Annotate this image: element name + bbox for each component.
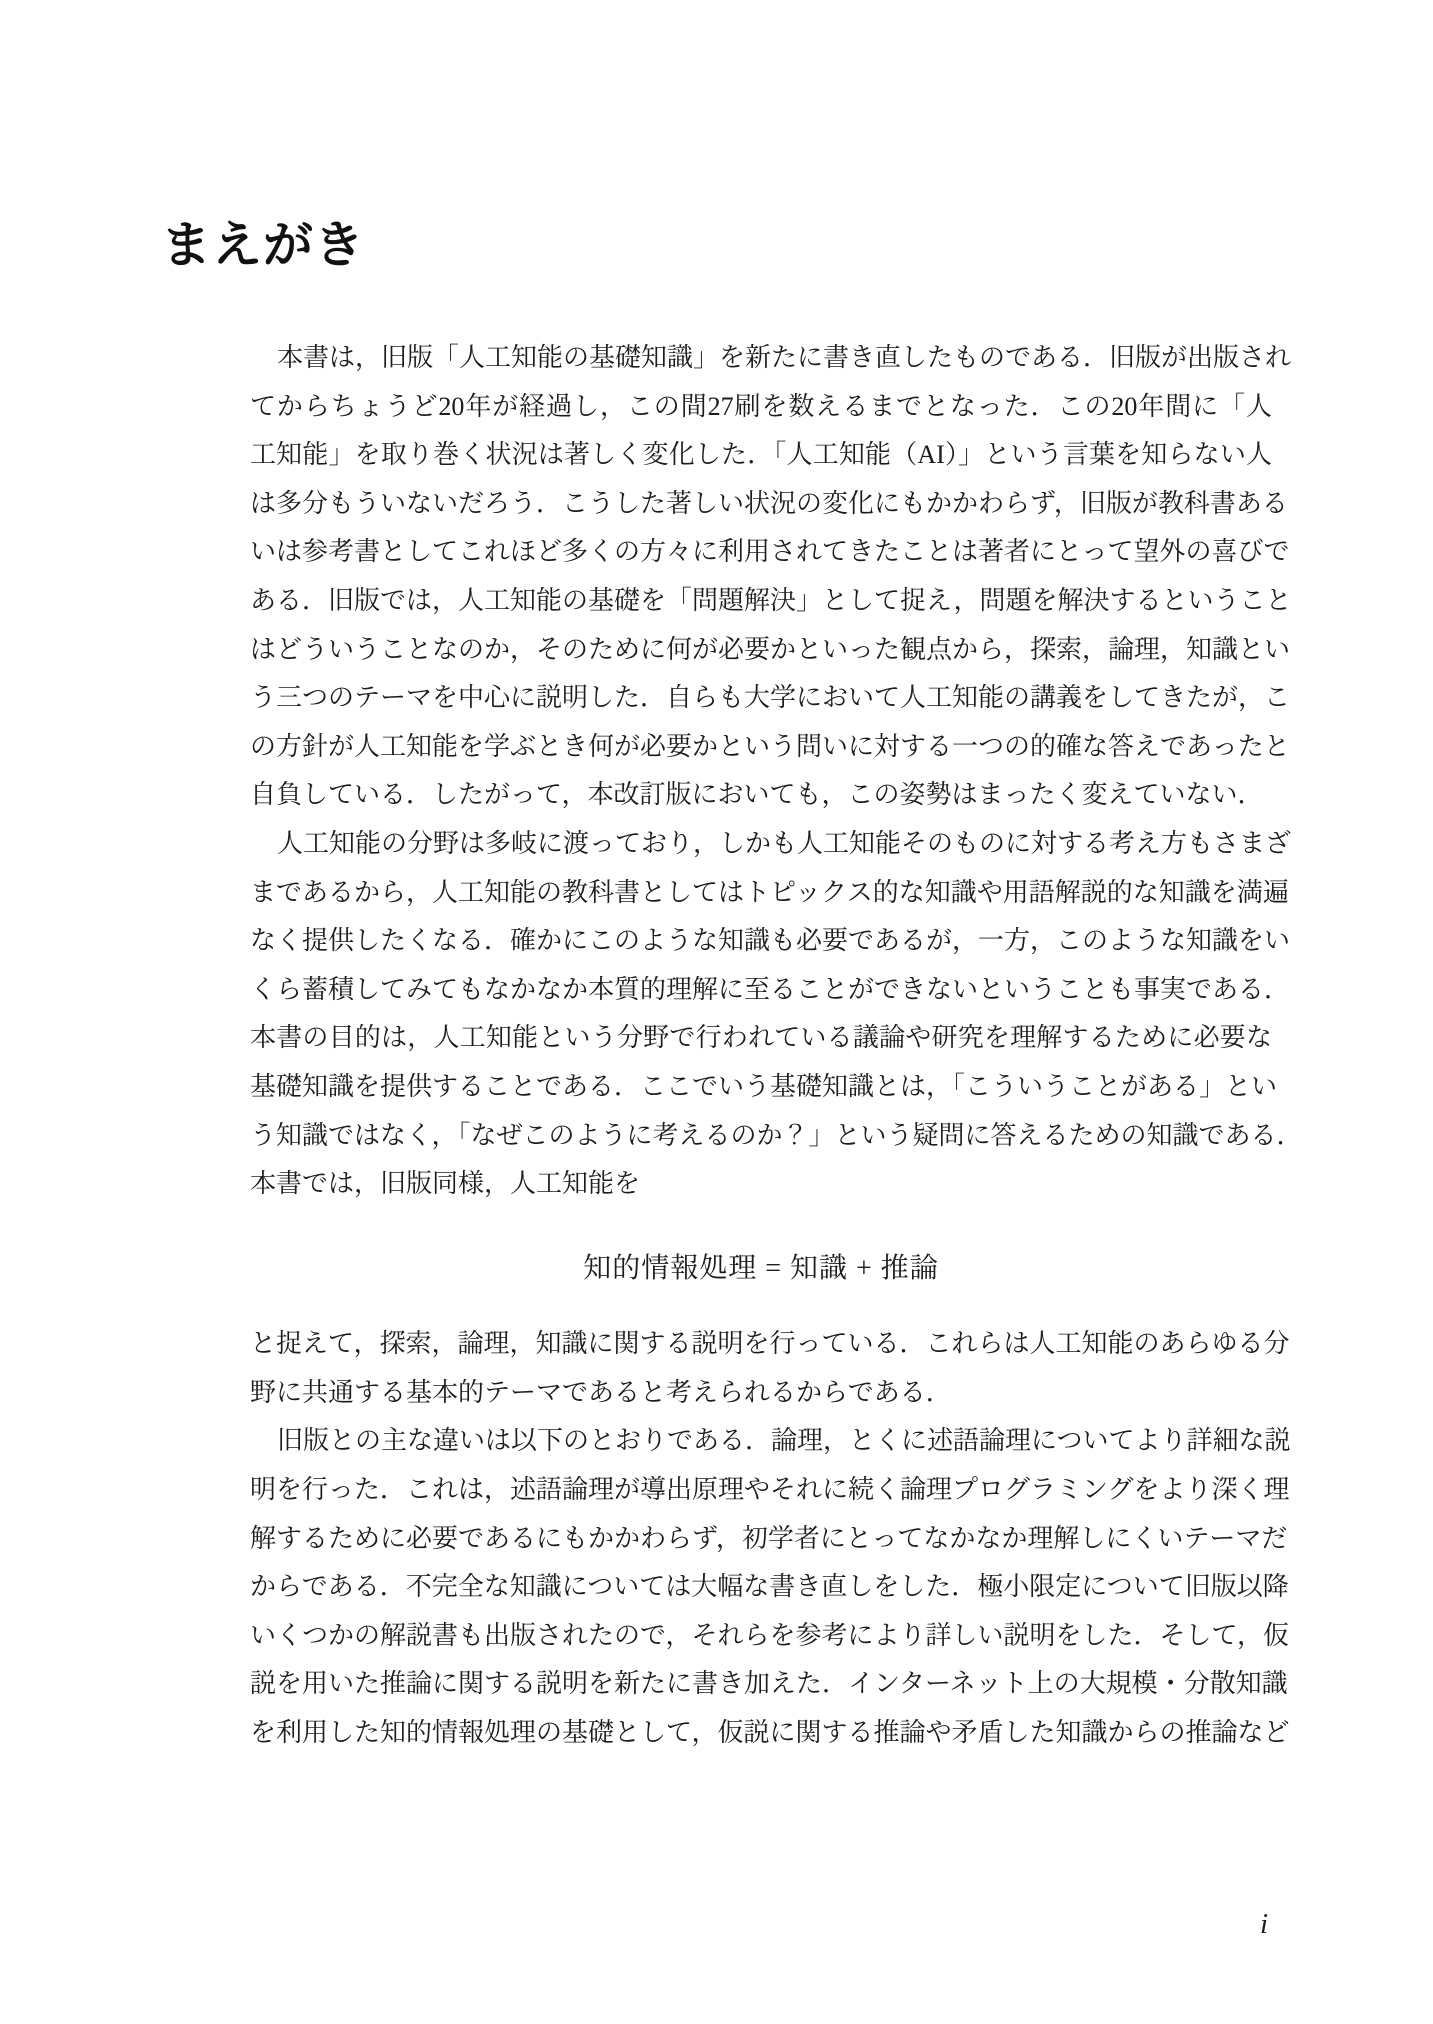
- paragraph: 本書は，旧版「人工知能の基礎知識」を新たに書き直したものである．旧版が出版されて…: [250, 334, 1272, 820]
- paragraph: と捉えて，探索，論理，知識に関する説明を行っている．これらは人工知能のあらゆる分…: [250, 1320, 1272, 1417]
- text-line: と捉えて，探索，論理，知識に関する説明を行っている．これらは人工知能のあらゆる分: [250, 1320, 1272, 1369]
- text-line: 自負している．したがって，本改訂版においても，この姿勢はまったく変えていない．: [250, 771, 1272, 820]
- text-line: う三つのテーマを中心に説明した．自らも大学において人工知能の講義をしてきたが，こ: [250, 674, 1272, 723]
- paragraph: 人工知能の分野は多岐に渡っており，しかも人工知能そのものに対する考え方もさまざま…: [250, 820, 1272, 1209]
- text-line: まであるから，人工知能の教科書としてはトピックス的な知識や用語解説的な知識を満遍: [250, 869, 1272, 918]
- text-line: 人工知能の分野は多岐に渡っており，しかも人工知能そのものに対する考え方もさまざ: [250, 820, 1272, 869]
- text-line: 工知能」を取り巻く状況は著しく変化した．「人工知能（AI）」という言葉を知らない…: [250, 431, 1272, 480]
- text-line: 旧版との主な違いは以下のとおりである．論理，とくに述語論理についてより詳細な説: [250, 1417, 1272, 1466]
- page-title: まえがき: [161, 220, 365, 270]
- text-line: くら蓄積してみてもなかなか本質的理解に至ることができないということも事実である．: [250, 966, 1272, 1015]
- text-line: いくつかの解説書も出版されたので，それらを参考により詳しい説明をした．そして，仮: [250, 1612, 1272, 1661]
- text-line: はどういうことなのか，そのために何が必要かといった観点から，探索，論理，知識とい: [250, 626, 1272, 675]
- paragraph: 旧版との主な違いは以下のとおりである．論理，とくに述語論理についてより詳細な説明…: [250, 1417, 1272, 1757]
- text-line: 明を行った．これは，述語論理が導出原理やそれに続く論理プログラミングをより深く理: [250, 1466, 1272, 1515]
- text-line: いは参考書としてこれほど多くの方々に利用されてきたことは著者にとって望外の喜びで: [250, 528, 1272, 577]
- text-line: 本書の目的は，人工知能という分野で行われている議論や研究を理解するために必要な: [250, 1014, 1272, 1063]
- text-line: からである．不完全な知識については大幅な書き直しをした．極小限定について旧版以降: [250, 1563, 1272, 1612]
- text-line: ある．旧版では，人工知能の基礎を「問題解決」として捉え，問題を解決するということ: [250, 577, 1272, 626]
- text-line: 本書は，旧版「人工知能の基礎知識」を新たに書き直したものである．旧版が出版され: [250, 334, 1272, 383]
- equation: 知的情報処理 = 知識 + 推論: [250, 1245, 1272, 1294]
- text-line: 基礎知識を提供することである．ここでいう基礎知識とは，「こういうことがある」とい: [250, 1063, 1272, 1112]
- text-line: 説を用いた推論に関する説明を新たに書き加えた．インターネット上の大規模・分散知識: [250, 1660, 1272, 1709]
- book-page: まえがき 本書は，旧版「人工知能の基礎知識」を新たに書き直したものである．旧版が…: [0, 0, 1433, 2024]
- text-line: てからちょうど20年が経過し，この間27刷を数えるまでとなった．この20年間に「…: [250, 383, 1272, 432]
- text-line: を利用した知的情報処理の基礎として，仮説に関する推論や矛盾した知識からの推論など: [250, 1709, 1272, 1758]
- text-line: は多分もういないだろう．こうした著しい状況の変化にもかかわらず，旧版が教科書ある: [250, 480, 1272, 529]
- text-line: 本書では，旧版同様，人工知能を: [250, 1160, 1272, 1209]
- text-line: なく提供したくなる．確かにこのような知識も必要であるが，一方，このような知識をい: [250, 917, 1272, 966]
- text-line: の方針が人工知能を学ぶとき何が必要かという問いに対する一つの的確な答えであったと: [250, 723, 1272, 772]
- page-number: i: [1260, 1908, 1268, 1941]
- preface-body: 本書は，旧版「人工知能の基礎知識」を新たに書き直したものである．旧版が出版されて…: [250, 334, 1272, 1758]
- text-line: 解するために必要であるにもかかわらず，初学者にとってなかなか理解しにくいテーマだ: [250, 1515, 1272, 1564]
- text-line: う知識ではなく，「なぜこのように考えるのか？」という疑問に答えるための知識である…: [250, 1112, 1272, 1161]
- text-line: 野に共通する基本的テーマであると考えられるからである．: [250, 1369, 1272, 1418]
